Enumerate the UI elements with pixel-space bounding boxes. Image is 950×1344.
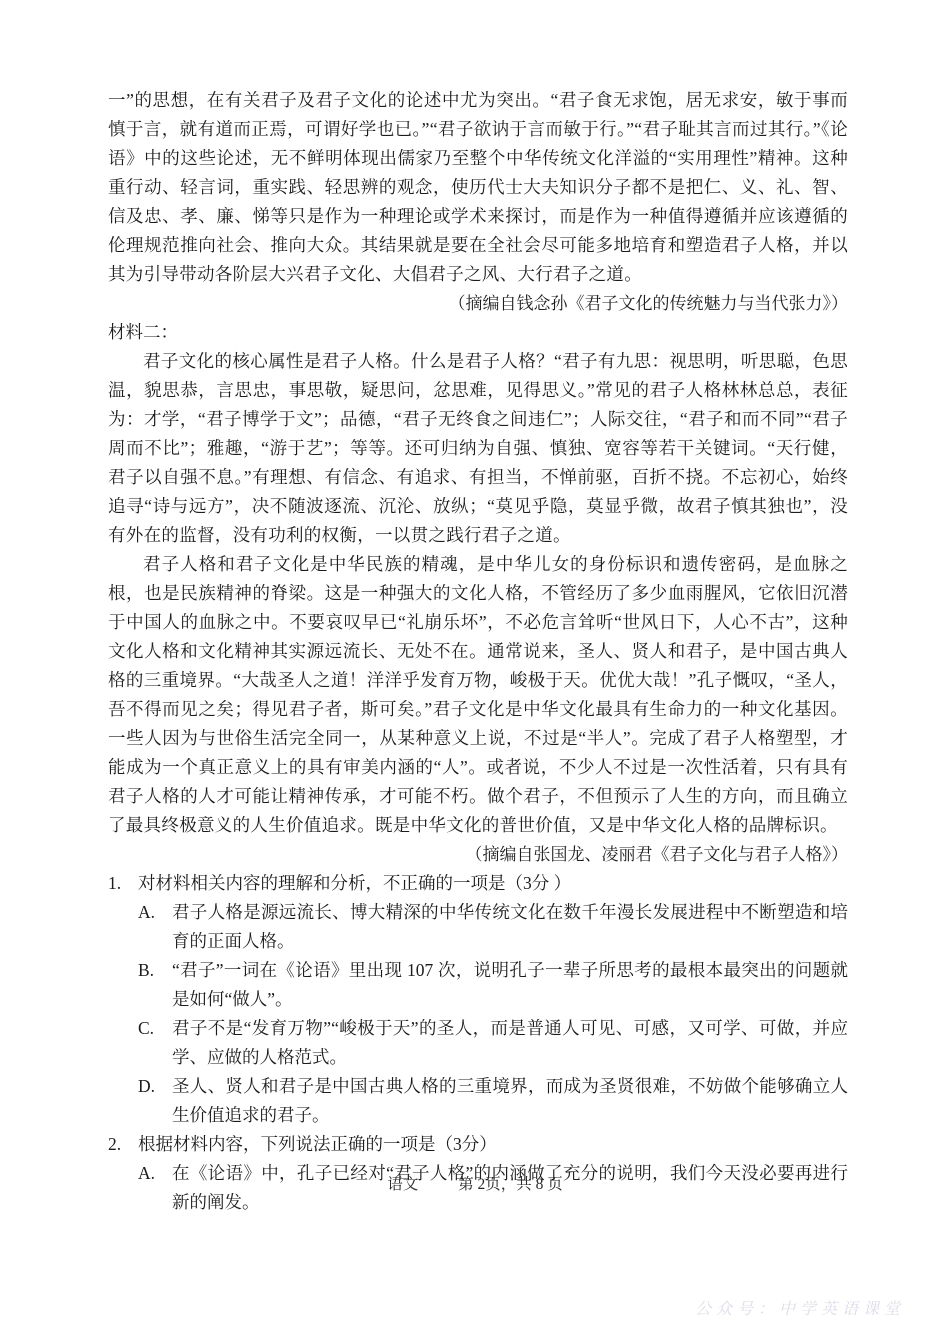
question-1-option-b: B. “君子”一词在《论语》里出现 107 次，说明孔子一辈子所思考的最根本最突… xyxy=(138,956,848,1014)
material-two-heading: 材料二： xyxy=(108,318,848,347)
material-one-continuation-paragraph: 一”的思想，在有关君子及君子文化的论述中尤为突出。“君子食无求饱，居无求安，敏于… xyxy=(108,86,848,289)
option-label: D. xyxy=(138,1072,172,1130)
option-text: 君子人格是源远流长、博大精深的中华传统文化在数千年漫长发展进程中不断塑造和培育的… xyxy=(172,898,848,956)
material-two-attribution: （摘编自张国龙、凌丽君《君子文化与君子人格》） xyxy=(108,840,848,869)
question-1-option-c: C. 君子不是“发育万物”“峻极于天”的圣人，而是普通人可见、可感，又可学、可做… xyxy=(138,1014,848,1072)
footer-subject: 语文 xyxy=(387,1176,418,1193)
question-1-options: A. 君子人格是源远流长、博大精深的中华传统文化在数千年漫长发展进程中不断塑造和… xyxy=(108,898,848,1130)
question-2-stem-text: 根据材料内容，下列说法正确的一项是（3分） xyxy=(138,1130,848,1159)
option-label: A. xyxy=(138,898,172,956)
option-text: 圣人、贤人和君子是中国古典人格的三重境界，而成为圣贤很难，不妨做个能够确立人生价… xyxy=(172,1072,848,1130)
question-1-option-d: D. 圣人、贤人和君子是中国古典人格的三重境界，而成为圣贤很难，不妨做个能够确立… xyxy=(138,1072,848,1130)
material-one-attribution: （摘编自钱念孙《君子文化的传统魅力与当代张力》） xyxy=(108,289,848,318)
option-text: 君子不是“发育万物”“峻极于天”的圣人，而是普通人可见、可感，又可学、可做，并应… xyxy=(172,1014,848,1072)
question-1-stem: 1. 对材料相关内容的理解和分析，不正确的一项是（3分 ） xyxy=(108,869,848,898)
option-label: C. xyxy=(138,1014,172,1072)
question-2-number: 2. xyxy=(108,1130,138,1159)
footer-page-info: 第 2页，共 8 页 xyxy=(458,1176,563,1193)
watermark-text: 公众号：中学英语课堂 xyxy=(695,1296,905,1319)
question-1-stem-text: 对材料相关内容的理解和分析，不正确的一项是（3分 ） xyxy=(138,869,848,898)
material-two-paragraph-2: 君子人格和君子文化是中华民族的精魂，是中华儿女的身份标识和遗传密码，是血脉之根，… xyxy=(108,550,848,840)
question-1-option-a: A. 君子人格是源远流长、博大精深的中华传统文化在数千年漫长发展进程中不断塑造和… xyxy=(138,898,848,956)
question-1: 1. 对材料相关内容的理解和分析，不正确的一项是（3分 ） A. 君子人格是源远… xyxy=(108,869,848,1130)
page-footer: 语文 第 2页，共 8 页 xyxy=(0,1172,950,1194)
option-label: B. xyxy=(138,956,172,1014)
option-text: “君子”一词在《论语》里出现 107 次，说明孔子一辈子所思考的最根本最突出的问… xyxy=(172,956,848,1014)
exam-page-content: 一”的思想，在有关君子及君子文化的论述中尤为突出。“君子食无求饱，居无求安，敏于… xyxy=(108,86,848,1217)
material-two-paragraph-1: 君子文化的核心属性是君子人格。什么是君子人格？“君子有九思：视思明，听思聪，色思… xyxy=(108,347,848,550)
question-1-number: 1. xyxy=(108,869,138,898)
question-2-stem: 2. 根据材料内容，下列说法正确的一项是（3分） xyxy=(108,1130,848,1159)
